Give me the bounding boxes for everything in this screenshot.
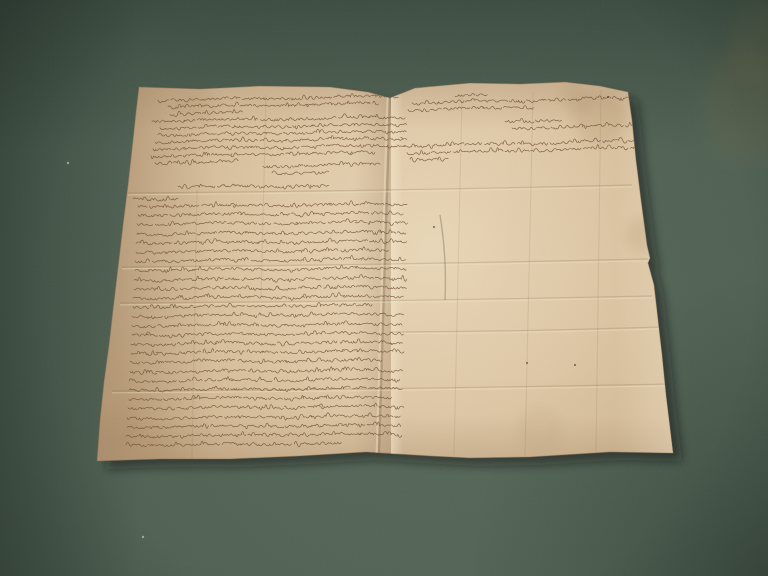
- photo-vignette: [0, 0, 768, 576]
- photo-frame: [0, 0, 768, 576]
- manuscript-photo: [0, 0, 768, 576]
